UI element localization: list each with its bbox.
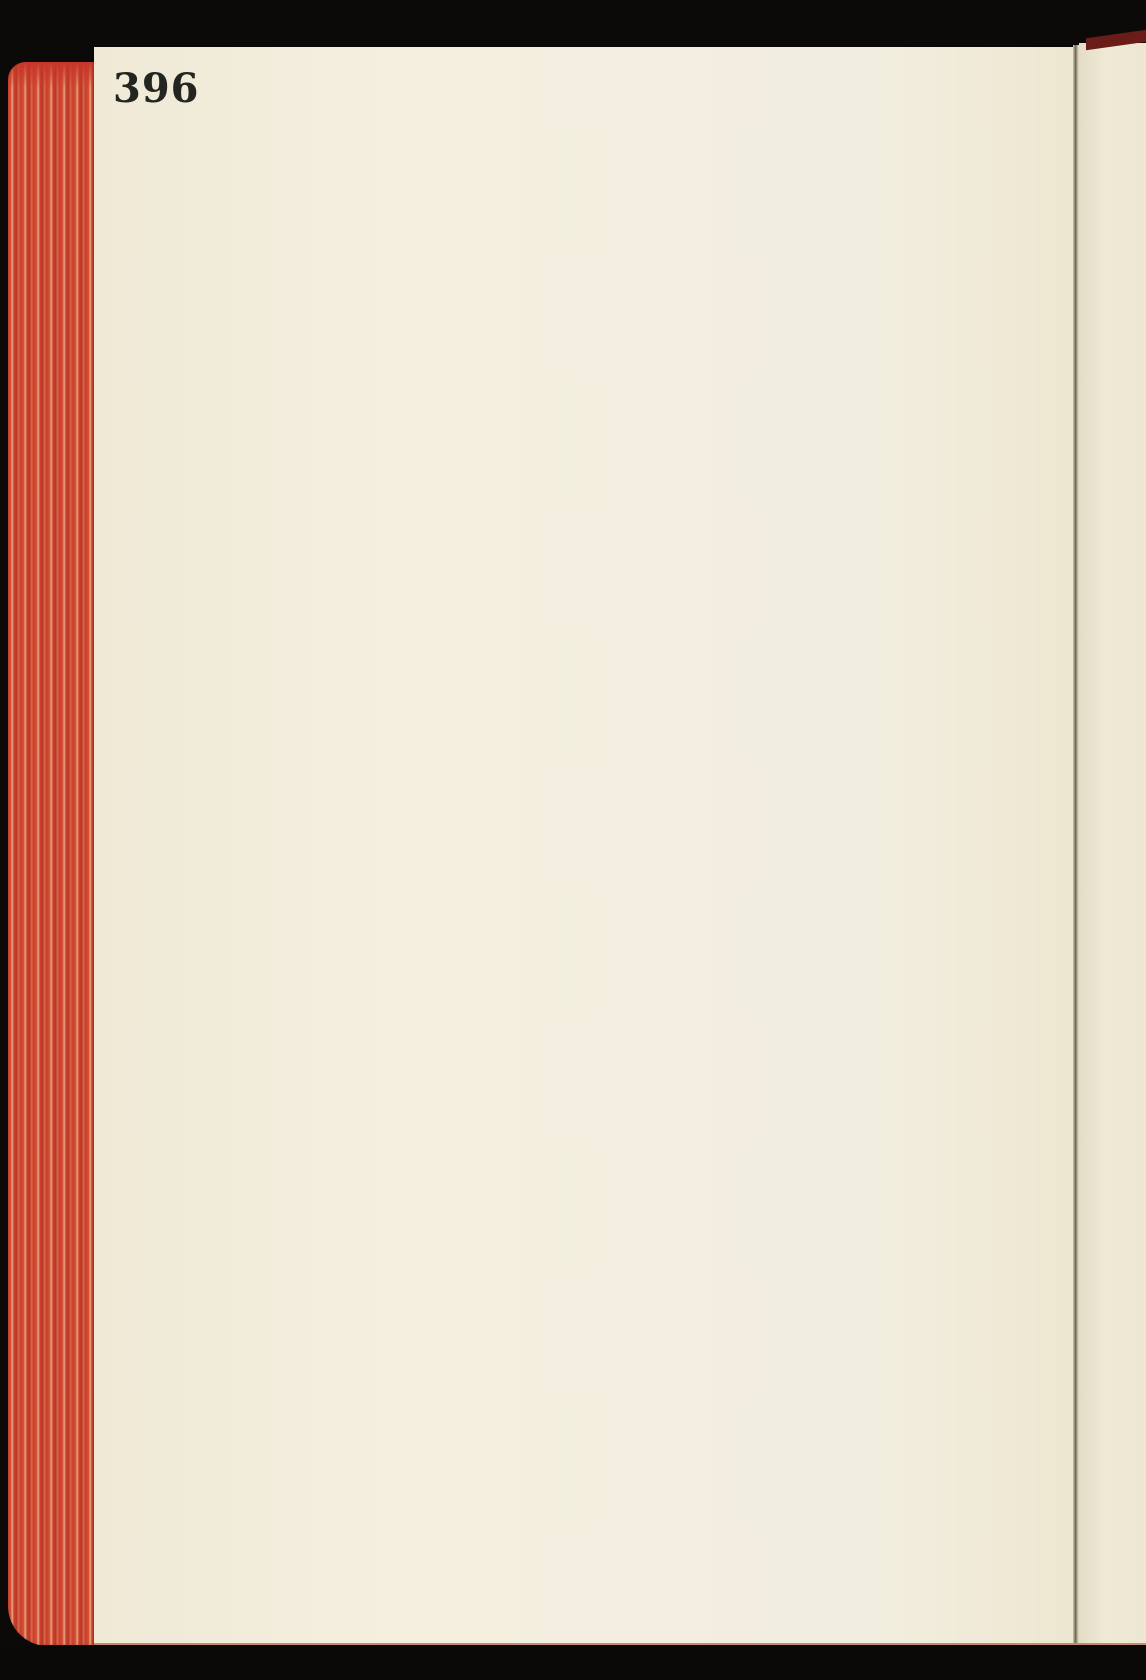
- left-page: 396: [94, 47, 1079, 1645]
- book-spread: 396: [0, 0, 1146, 1680]
- page-number: 396: [113, 65, 200, 112]
- background-bottom: [0, 1645, 1146, 1680]
- facing-page-edge: [1079, 43, 1146, 1645]
